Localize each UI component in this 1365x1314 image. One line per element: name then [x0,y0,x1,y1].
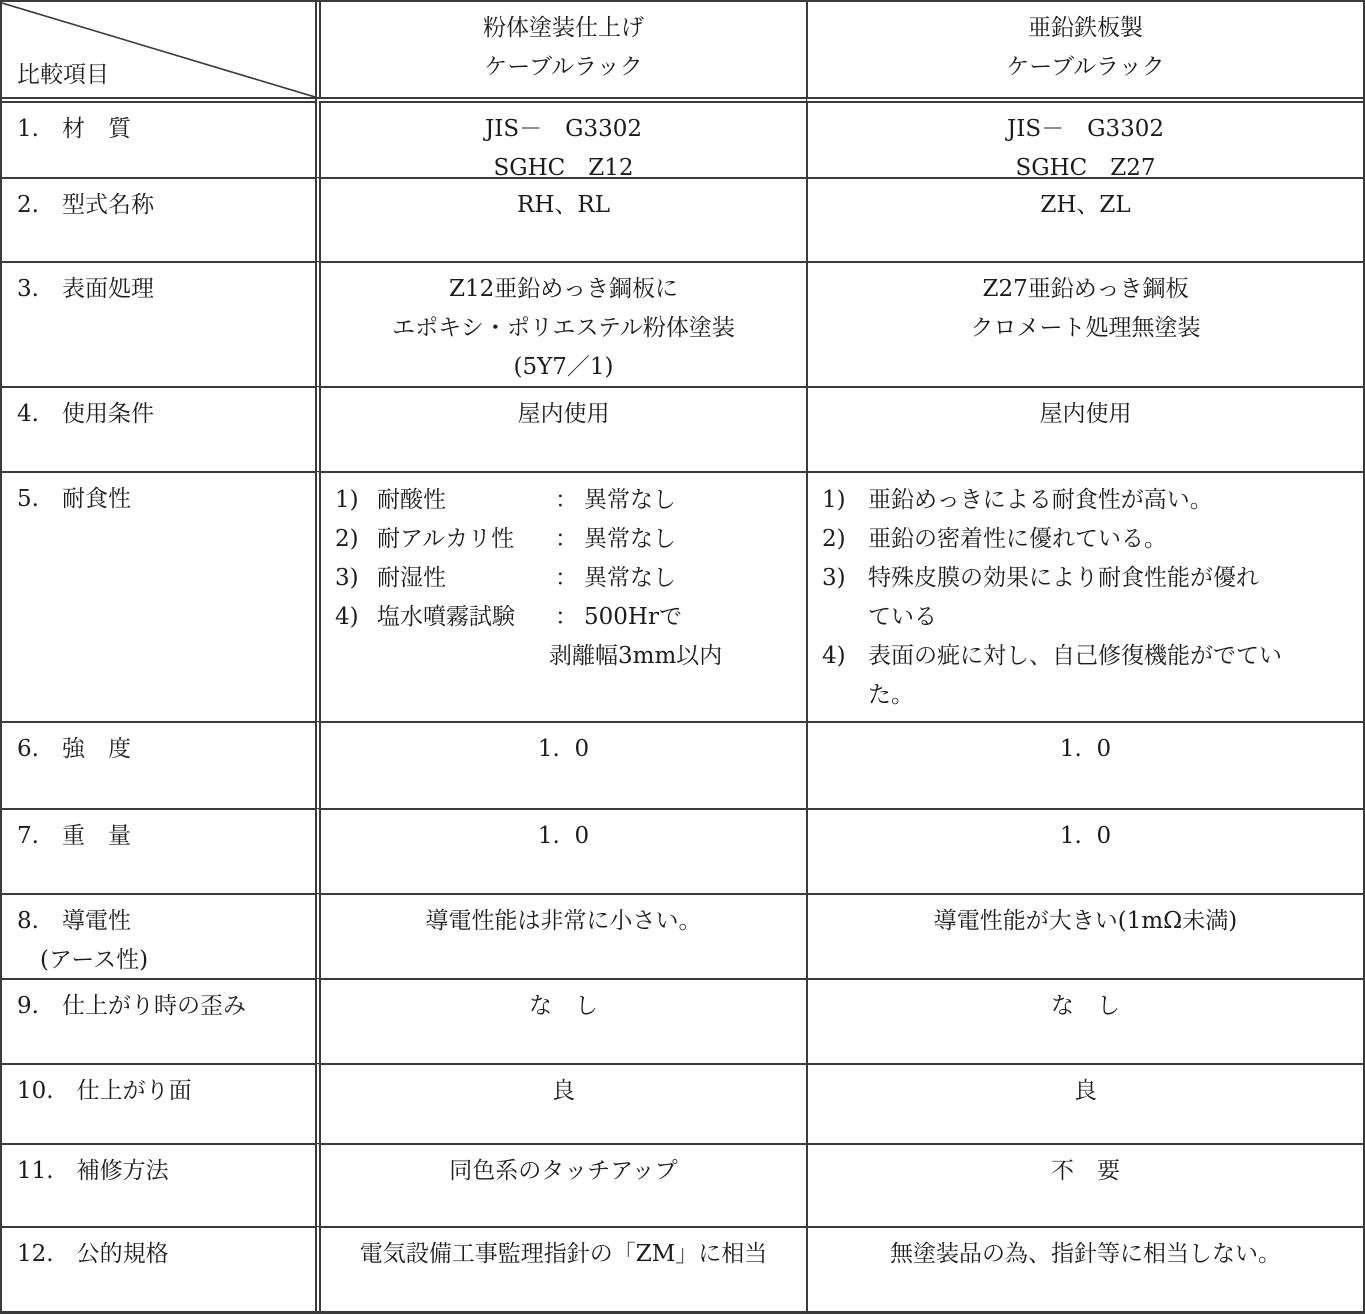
item-number: 2) [335,520,377,559]
document-page: 比較項目 粉体塗装仕上げ ケーブルラック 亜鉛鉄板製 ケーブルラック 1. 材 … [0,0,1365,1314]
list-item: 3)特殊皮膜の効果により耐食性能が優れている [822,559,1359,637]
item-term: 塩水噴霧試験 [377,598,555,637]
value-cell: 屋内使用 [806,386,1363,471]
value-cell: 1. 0 [806,721,1363,808]
item-label: 7. 重 量 [17,817,307,856]
value-cell: な し [806,978,1363,1063]
value-line: Z27亜鉛めっき鋼板 [816,270,1355,309]
value-line: 良 [816,1072,1355,1111]
value-cell: JIS－ G3302SGHC Z27 [806,97,1363,177]
list-item: 4)塩水噴霧試験：500Hrで [335,598,802,637]
value-cell: 導電性能は非常に小さい。 [315,893,806,978]
item-cell: 12. 公的規格 [2,1226,315,1311]
item-text-line: 亜鉛めっきによる耐食性が高い。 [868,481,1359,520]
item-number: 2) [822,520,868,559]
item-result: 異常なし [584,520,676,559]
item-number: 3) [335,559,377,598]
value-cell: RH、RL [315,177,806,261]
value-cell: JIS－ G3302SGHC Z12 [315,97,806,177]
header-line: ケーブルラック [329,48,798,87]
colon-separator: ： [555,559,578,598]
list-item: 2)耐アルカリ性：異常なし [335,520,802,559]
item-cell: 11. 補修方法 [2,1143,315,1226]
item-cell: 7. 重 量 [2,808,315,893]
item-label: 10. 仕上がり面 [17,1072,307,1111]
value-cell: 良 [315,1063,806,1143]
value-cell: 同色系のタッチアップ [315,1143,806,1226]
colon-separator: ： [555,481,578,520]
item-result: 500Hrで [584,598,682,637]
header-line: 亜鉛鉄板製 [816,9,1355,48]
value-line: 同色系のタッチアップ [329,1152,798,1191]
list-item: 4)表面の疵に対し、自己修復機能がでていた。 [822,637,1359,715]
value-cell: ZH、ZL [806,177,1363,261]
list-item: 2)亜鉛の密着性に優れている。 [822,520,1359,559]
value-cell: 1)耐酸性：異常なし2)耐アルカリ性：異常なし3)耐湿性：異常なし4)塩水噴霧試… [315,471,806,721]
corner-label: 比較項目 [17,62,109,88]
value-cell: 不 要 [806,1143,1363,1226]
item-label: 8. 導電性 [17,902,307,941]
item-cell: 4. 使用条件 [2,386,315,471]
item-number: 1) [822,481,868,520]
value-cell: Z12亜鉛めっき鋼板にエポキシ・ポリエステル粉体塗装(5Y7／1) [315,261,806,386]
item-cell: 9. 仕上がり時の歪み [2,978,315,1063]
item-result: 異常なし [584,481,676,520]
list-item: 3)耐湿性：異常なし [335,559,802,598]
value-cell: 屋内使用 [315,386,806,471]
item-label: 3. 表面処理 [17,270,307,309]
value-line: エポキシ・ポリエステル粉体塗装 [329,309,798,348]
value-line: な し [329,987,798,1026]
value-line: クロメート処理無塗装 [816,309,1355,348]
item-number: 1) [335,481,377,520]
value-line: 導電性能が大きい(1mΩ未満) [816,902,1355,941]
value-line: 1. 0 [329,817,798,856]
item-cell: 1. 材 質 [2,97,315,177]
item-cell: 10. 仕上がり面 [2,1063,315,1143]
item-text: 亜鉛めっきによる耐食性が高い。 [868,481,1359,520]
value-line: 良 [329,1072,798,1111]
value-cell: 1. 0 [315,808,806,893]
value-line: 1. 0 [329,730,798,769]
value-line: JIS－ G3302 [329,110,798,149]
item-text: 亜鉛の密着性に優れている。 [868,520,1359,559]
header-line: ケーブルラック [816,48,1355,87]
value-line: な し [816,987,1355,1026]
value-cell: 1. 0 [315,721,806,808]
comparison-table: 比較項目 粉体塗装仕上げ ケーブルラック 亜鉛鉄板製 ケーブルラック 1. 材 … [0,0,1365,1314]
item-text-line: た。 [868,676,1359,715]
colon-separator: ： [555,598,578,637]
item-number: 4) [822,637,868,715]
value-line: Z12亜鉛めっき鋼板に [329,270,798,309]
value-cell: 無塗装品の為、指針等に相当しない。 [806,1226,1363,1311]
item-label: 1. 材 質 [17,110,307,149]
list-item: 1)耐酸性：異常なし [335,481,802,520]
item-cell: 2. 型式名称 [2,177,315,261]
value-line: (5Y7／1) [329,348,798,386]
value-line: 屋内使用 [329,395,798,434]
value-cell: 1)亜鉛めっきによる耐食性が高い。2)亜鉛の密着性に優れている。3)特殊皮膜の効… [806,471,1363,721]
value-cell: 電気設備工事監理指針の「ZM」に相当 [315,1226,806,1311]
value-cell: 1. 0 [806,808,1363,893]
value-line: ZH、ZL [816,186,1355,225]
item-term: 耐湿性 [377,559,555,598]
list-item: 1)亜鉛めっきによる耐食性が高い。 [822,481,1359,520]
value-line: SGHC Z12 [329,149,798,177]
column-header-powder-coated-rack: 粉体塗装仕上げ ケーブルラック [315,2,806,97]
item-label: 12. 公的規格 [17,1235,307,1274]
item-label: 2. 型式名称 [17,186,307,225]
item-label: 5. 耐食性 [17,480,307,519]
item-label: 11. 補修方法 [17,1152,307,1191]
item-label: 6. 強 度 [17,730,307,769]
value-line: 不 要 [816,1152,1355,1191]
item-number: 3) [822,559,868,637]
value-line: 屋内使用 [816,395,1355,434]
colon-separator: ： [555,520,578,559]
item-text-line: ている [868,598,1359,637]
item-text: 表面の疵に対し、自己修復機能がでていた。 [868,637,1359,715]
item-label: (アース性) [17,941,307,978]
item-label: 4. 使用条件 [17,395,307,434]
item-cell: 5. 耐食性 [2,471,315,721]
value-line: SGHC Z27 [816,149,1355,177]
value-line: JIS－ G3302 [816,110,1355,149]
value-line: 導電性能は非常に小さい。 [329,902,798,941]
item-cell: 8. 導電性 (アース性) [2,893,315,978]
header-line: 粉体塗装仕上げ [329,9,798,48]
value-cell: 導電性能が大きい(1mΩ未満) [806,893,1363,978]
item-result: 異常なし [584,559,676,598]
column-header-galvanized-rack: 亜鉛鉄板製 ケーブルラック [806,2,1363,97]
corner-cell: 比較項目 [2,2,315,97]
value-cell: な し [315,978,806,1063]
item-cell: 3. 表面処理 [2,261,315,386]
value-cell: 良 [806,1063,1363,1143]
value-line: 1. 0 [816,730,1355,769]
item-cell: 6. 強 度 [2,721,315,808]
item-number: 4) [335,598,377,637]
item-text-line: 亜鉛の密着性に優れている。 [868,520,1359,559]
item-text-line: 表面の疵に対し、自己修復機能がでてい [868,637,1359,676]
item-text-line: 特殊皮膜の効果により耐食性能が優れ [868,559,1359,598]
value-line: 電気設備工事監理指針の「ZM」に相当 [329,1235,798,1274]
value-line: 1. 0 [816,817,1355,856]
item-continuation: 剥離幅3mm以内 [549,637,802,676]
value-line: RH、RL [329,186,798,225]
item-term: 耐アルカリ性 [377,520,555,559]
value-line: 無塗装品の為、指針等に相当しない。 [816,1235,1355,1274]
item-term: 耐酸性 [377,481,555,520]
item-text: 特殊皮膜の効果により耐食性能が優れている [868,559,1359,637]
item-label: 9. 仕上がり時の歪み [17,987,307,1026]
value-cell: Z27亜鉛めっき鋼板クロメート処理無塗装 [806,261,1363,386]
